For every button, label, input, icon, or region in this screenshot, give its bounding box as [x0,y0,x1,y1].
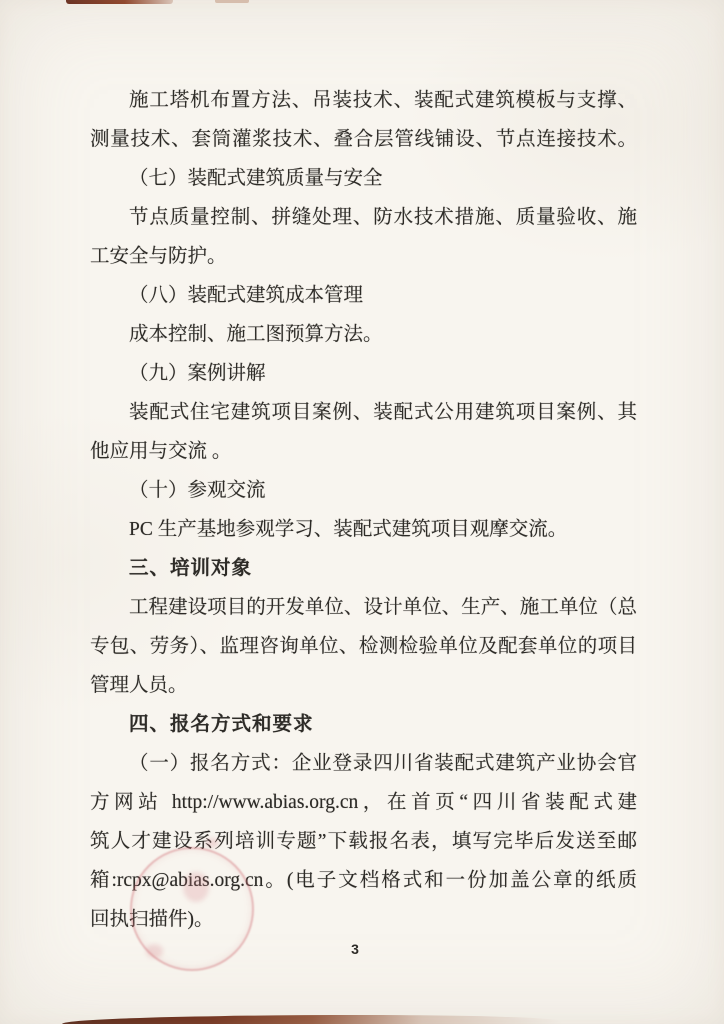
seal-smudge [205,838,219,848]
subsection-heading-8: （八）装配式建筑成本管理 [90,276,637,315]
body-line: 测量技术、套筒灌浆技术、叠合层管线铺设、节点连接技术。 [90,120,637,159]
body-line: PC 生产基地参观学习、装配式建筑项目观摩交流。 [90,510,637,549]
body-line: 节点质量控制、拼缝处理、防水技术措施、质量验收、施 [90,198,637,237]
body-line: 方网站 http://www.abias.org.cn，在首页“四川省装配式建 [90,783,637,822]
body-line: 专包、劳务）、监理咨询单位、检测检验单位及配套单位的项目 [90,627,637,666]
body-line: 成本控制、施工图预算方法。 [90,315,637,354]
page-number: 3 [0,941,717,957]
body-line: 他应用与交流 。 [90,432,637,471]
scan-artifact-red-edge-top-left [66,0,173,4]
subsection-heading-10: （十）参观交流 [90,471,637,510]
seal-smudge [183,872,209,902]
subsection-heading-9: （九）案例讲解 [90,354,637,393]
body-line: 管理人员。 [90,666,637,705]
body-line: 工安全与防护。 [90,237,637,276]
body-line: 装配式住宅建筑项目案例、装配式公用建筑项目案例、其 [90,393,637,432]
section-heading-3: 三、培训对象 [90,549,637,588]
body-line: （一）报名方式：企业登录四川省装配式建筑产业协会官 [90,744,637,783]
document-page: 施工塔机布置方法、吊装技术、装配式建筑模板与支撑、 测量技术、套筒灌浆技术、叠合… [0,0,724,1024]
section-heading-4: 四、报名方式和要求 [90,705,637,744]
body-line: 施工塔机布置方法、吊装技术、装配式建筑模板与支撑、 [90,81,637,120]
document-text: 施工塔机布置方法、吊装技术、装配式建筑模板与支撑、 测量技术、套筒灌浆技术、叠合… [90,81,637,939]
scan-artifact-red-edge-top-faint [215,0,249,3]
subsection-heading-7: （七）装配式建筑质量与安全 [90,159,637,198]
scan-artifact-red-edge-bottom [62,1015,562,1024]
body-line: 工程建设项目的开发单位、设计单位、生产、施工单位（总 [90,588,637,627]
